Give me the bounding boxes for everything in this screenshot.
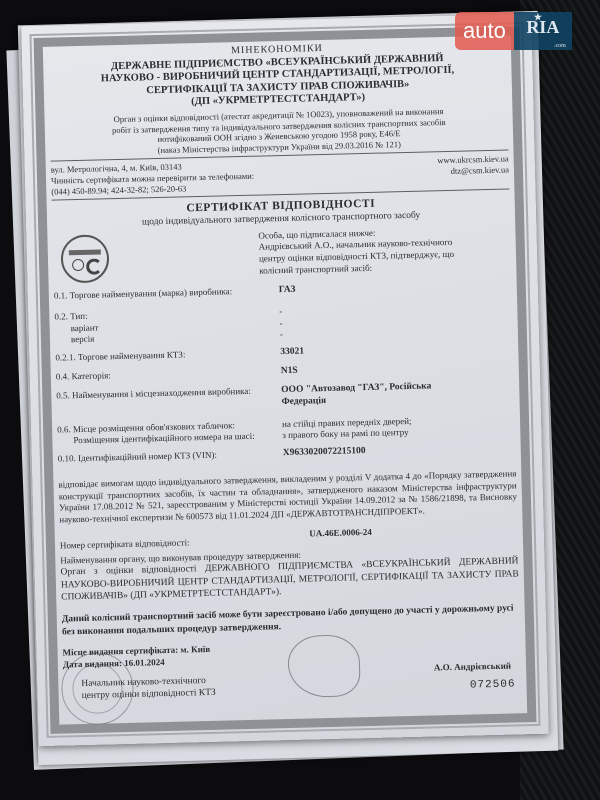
signature-icon bbox=[287, 634, 360, 698]
field-vin: 0.10. Ідентифікаційний номер КТЗ (VIN): … bbox=[58, 443, 516, 466]
organization-name: ДЕРЖАВНЕ ПІДПРИЄМСТВО «ВСЕУКРАЇНСЬКИЙ ДЕ… bbox=[48, 51, 507, 113]
signature-block: Місце видання сертифіката: м. Київ Дата … bbox=[62, 636, 522, 727]
accreditation-text: Орган з оцінки відповідності (атестат ак… bbox=[49, 104, 508, 158]
attestation-block: Особа, що підписалася нижче: Андрієвськи… bbox=[52, 224, 511, 283]
certification-logo-icon bbox=[60, 234, 109, 283]
autoria-watermark: auto ★ RIA .com bbox=[455, 12, 572, 50]
compliance-text: відповідає вимогам щодо індивідуального … bbox=[58, 468, 517, 526]
signer-name: А.О. Андрієвський bbox=[434, 660, 511, 673]
field-manufacturer: 0.5. Найменування і місцезнаходження вир… bbox=[56, 379, 514, 414]
field-make: 0.1. Торгове найменування (марка) виробн… bbox=[54, 279, 512, 302]
email-link: dtz@csm.kiev.ua bbox=[437, 164, 509, 176]
signer-position: Начальник науково-технічного центру оцін… bbox=[81, 676, 216, 703]
place-of-issue: Місце видання сертифіката: м. Київ bbox=[62, 644, 210, 659]
field-plates-location: 0.6. Місце розміщення обов'язкових табли… bbox=[57, 413, 515, 447]
serial-number: 072506 bbox=[470, 678, 516, 693]
star-icon: ★ bbox=[534, 13, 542, 22]
certificate-document: МІНЕКОНОМІКИ ДЕРЖАВНЕ ПІДПРИЄМСТВО «ВСЕУ… bbox=[21, 14, 548, 746]
date-of-issue: Дата видання: 16.01.2024 bbox=[63, 657, 165, 671]
watermark-auto: auto bbox=[455, 12, 514, 50]
registration-note: Даний колісний транспортний засіб може б… bbox=[62, 603, 520, 640]
watermark-ria: ★ RIA .com bbox=[514, 12, 572, 50]
field-type: 0.2. Тип: варіант версія - - - bbox=[54, 301, 513, 346]
attestation-text: Особа, що підписалася нижче: Андрієвськи… bbox=[258, 225, 454, 278]
certificate-number: UA.46E.0006-24 bbox=[309, 527, 372, 546]
